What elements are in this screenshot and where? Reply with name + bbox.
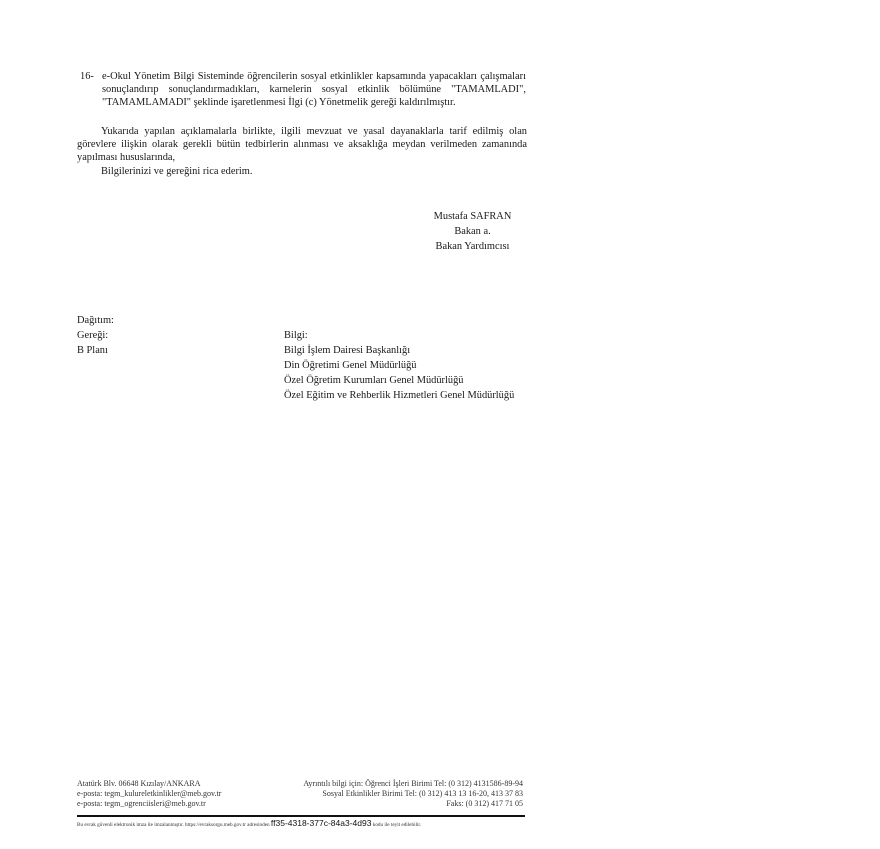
signer-title: Bakan Yardımcısı bbox=[400, 239, 545, 254]
verify-suffix: kodu ile teyit edilebilir. bbox=[373, 822, 421, 828]
bilgi-item: Bilgi İşlem Dairesi Başkanlığı bbox=[284, 343, 514, 358]
distribution-heading: Dağıtım: bbox=[77, 313, 114, 328]
gerekli-item: B Planı bbox=[77, 343, 114, 358]
bilgi-item: Özel Öğretim Kurumları Genel Müdürlüğü bbox=[284, 373, 514, 388]
closing-paragraph: Bilgilerinizi ve gereğini rica ederim. bbox=[77, 165, 527, 178]
signer-name: Mustafa SAFRAN bbox=[400, 209, 545, 224]
footer-address-block: Atatürk Blv. 06648 Kızılay/ANKARA e-post… bbox=[77, 779, 221, 809]
gerekli-label: Gereği: bbox=[77, 328, 114, 343]
bilgi-item: Özel Eğitim ve Rehberlik Hizmetleri Gene… bbox=[284, 388, 514, 403]
list-item-16: 16- e-Okul Yönetim Bilgi Sisteminde öğre… bbox=[80, 70, 526, 110]
footer-fax: Faks: (0 312) 417 71 05 bbox=[303, 799, 523, 809]
bilgi-list: Bilgi: Bilgi İşlem Dairesi Başkanlığı Di… bbox=[284, 328, 514, 403]
footer-email[interactable]: e-posta: tegm_kulureletkinlikler@meb.gov… bbox=[77, 789, 221, 799]
verify-code: ff35-4318-377c-84a3-4d93 bbox=[271, 818, 372, 828]
document-page: 16- e-Okul Yönetim Bilgi Sisteminde öğre… bbox=[0, 0, 880, 849]
signer-authority: Bakan a. bbox=[400, 224, 545, 239]
bilgi-item: Din Öğretimi Genel Müdürlüğü bbox=[284, 358, 514, 373]
verify-prefix: Bu evrak güvenli elektronik imza ile imz… bbox=[77, 822, 270, 828]
verification-line: Bu evrak güvenli elektronik imza ile imz… bbox=[77, 818, 525, 830]
distribution-list: Dağıtım: Gereği: B Planı bbox=[77, 313, 114, 358]
item-text: e-Okul Yönetim Bilgi Sisteminde öğrencil… bbox=[102, 70, 526, 110]
item-number: 16- bbox=[80, 70, 94, 83]
body-paragraph: Yukarıda yapılan açıklamalarla birlikte,… bbox=[77, 125, 527, 165]
footer-address: Atatürk Blv. 06648 Kızılay/ANKARA bbox=[77, 779, 221, 789]
signature-block: Mustafa SAFRAN Bakan a. Bakan Yardımcısı bbox=[400, 209, 545, 254]
footer-contact-block: Ayrıntılı bilgi için: Öğrenci İşleri Bir… bbox=[303, 779, 523, 809]
bilgi-label: Bilgi: bbox=[284, 328, 514, 343]
footer-contact: Sosyal Etkinlikler Birimi Tel: (0 312) 4… bbox=[303, 789, 523, 799]
footer-divider bbox=[77, 815, 525, 817]
footer-contact: Ayrıntılı bilgi için: Öğrenci İşleri Bir… bbox=[303, 779, 523, 789]
footer-email[interactable]: e-posta: tegm_ogrenciisleri@meb.gov.tr bbox=[77, 799, 221, 809]
